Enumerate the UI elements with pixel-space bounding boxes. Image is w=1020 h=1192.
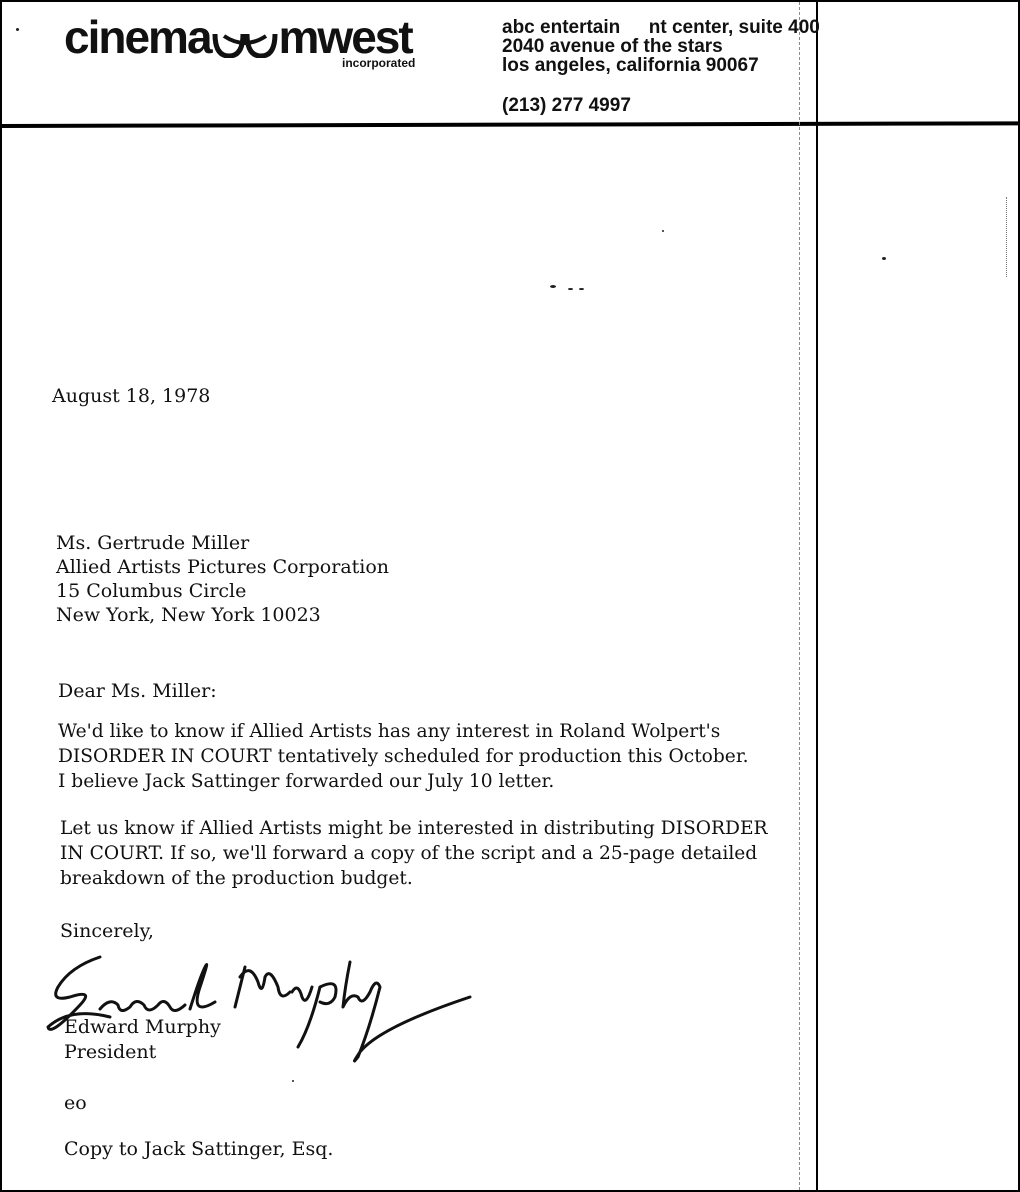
letterhead-address: abc entertain nt center, suite 400 2040 …: [502, 18, 820, 75]
logo-text-right: mwest: [279, 14, 412, 60]
signer-block: Edward Murphy President: [64, 1015, 221, 1065]
paragraph-line: DISORDER IN COURT tentatively scheduled …: [58, 744, 749, 769]
scan-speck: [662, 230, 664, 232]
recipient-address: Ms. Gertrude Miller Allied Artists Pictu…: [56, 531, 389, 627]
scan-speck: [550, 285, 556, 288]
typist-initials: eo: [64, 1092, 87, 1114]
letterhead-phone: (213) 277 4997: [502, 95, 631, 117]
recipient-line: Allied Artists Pictures Corporation: [56, 555, 389, 579]
company-logo: cinema mwest incorporated: [64, 14, 412, 60]
scan-artifact-solid-line: [816, 2, 818, 1190]
scan-speck: [568, 288, 573, 290]
closing: Sincerely,: [60, 920, 154, 942]
scan-speck: [292, 1080, 294, 1082]
body-paragraph: We'd like to know if Allied Artists has …: [58, 719, 749, 794]
signer-name: Edward Murphy: [64, 1015, 221, 1040]
carbon-copy-line: Copy to Jack Sattinger, Esq.: [64, 1138, 333, 1160]
paragraph-line: IN COURT. If so, we'll forward a copy of…: [60, 841, 768, 866]
salutation: Dear Ms. Miller:: [58, 680, 217, 702]
recipient-line: Ms. Gertrude Miller: [56, 531, 389, 555]
address-line: 2040 avenue of the stars: [502, 37, 820, 56]
letter-page: cinema mwest incorporated abc entertain …: [0, 0, 1020, 1192]
paragraph-line: We'd like to know if Allied Artists has …: [58, 719, 749, 744]
logo-text-left: cinema: [64, 14, 211, 60]
address-line: los angeles, california 90067: [502, 56, 820, 75]
scan-speck: [579, 288, 584, 290]
letter-date: August 18, 1978: [52, 385, 210, 407]
scan-speck: [16, 28, 19, 31]
recipient-line: 15 Columbus Circle: [56, 579, 389, 603]
recipient-line: New York, New York 10023: [56, 603, 389, 627]
address-line: abc entertain nt center, suite 400: [502, 18, 820, 37]
logo-subtitle: incorporated: [342, 56, 415, 70]
paragraph-line: I believe Jack Sattinger forwarded our J…: [58, 769, 749, 794]
scan-artifact-edge-mark: [1006, 197, 1007, 277]
paragraph-line: breakdown of the production budget.: [60, 866, 768, 891]
scan-speck: [882, 257, 886, 260]
logo-reel-icon: [212, 24, 278, 58]
body-paragraph: Let us know if Allied Artists might be i…: [60, 816, 768, 891]
scan-artifact-dotted-line: [799, 2, 800, 1190]
signer-title: President: [64, 1040, 221, 1065]
paragraph-line: Let us know if Allied Artists might be i…: [60, 816, 768, 841]
letterhead-divider: [2, 121, 1018, 128]
